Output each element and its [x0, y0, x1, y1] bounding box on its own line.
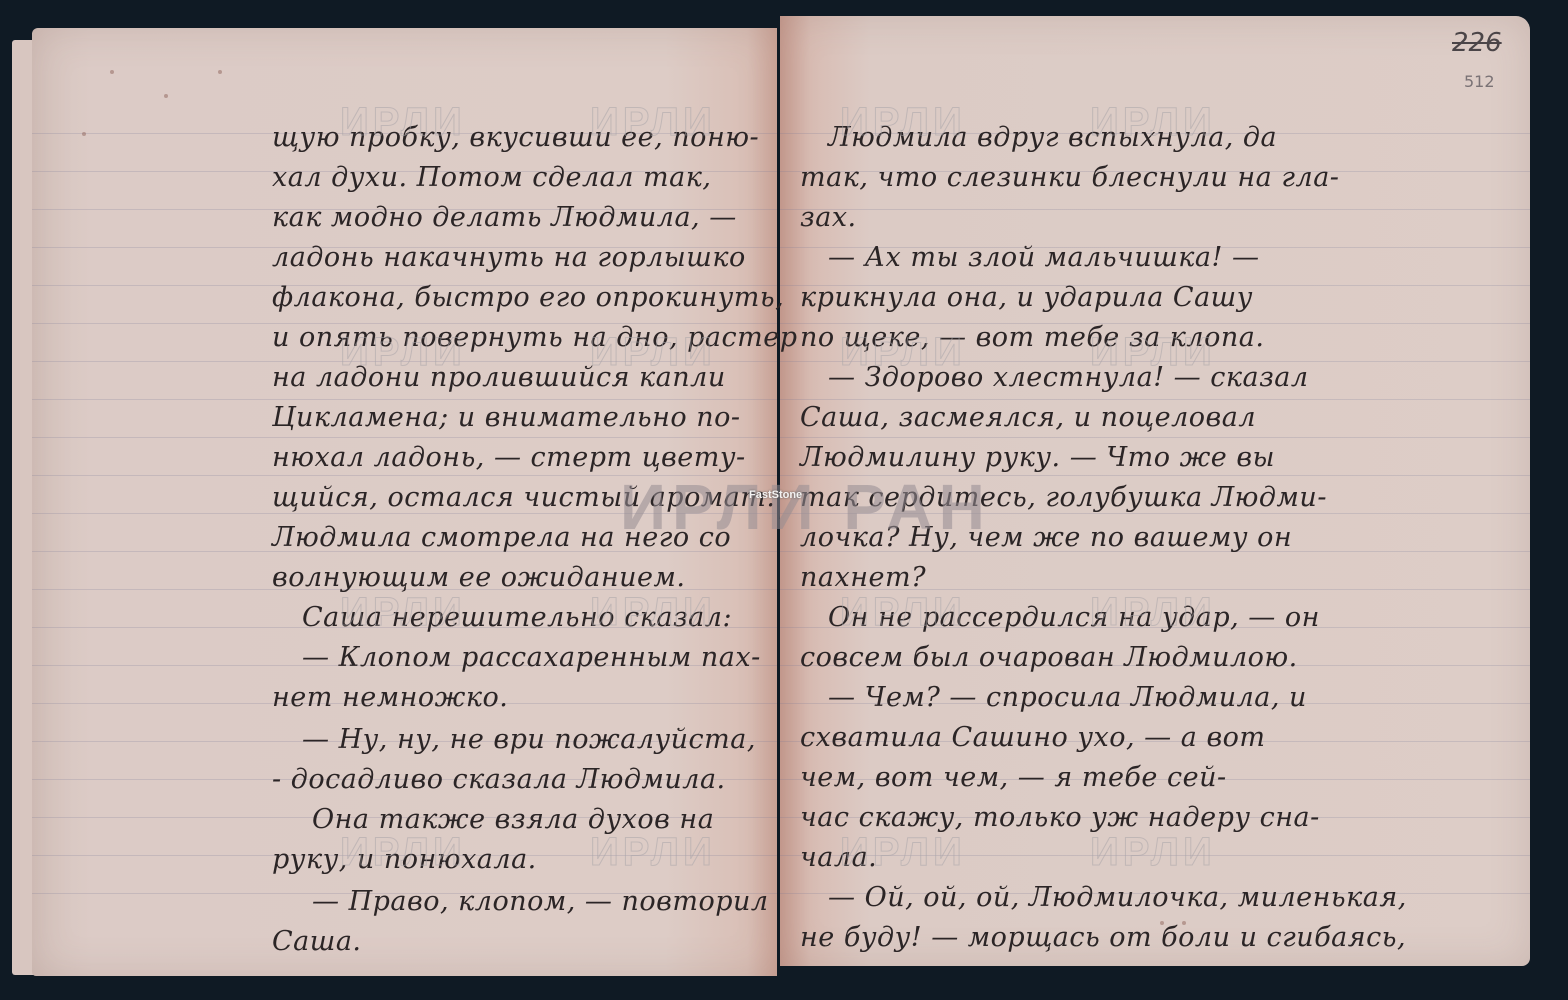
watermark-center: ИРЛИ РАН — [620, 470, 991, 544]
manuscript-line: совсем был очарован Людмилою. — [800, 642, 1298, 673]
watermark: ИРЛИ — [340, 590, 466, 635]
manuscript-line: пахнет? — [800, 562, 926, 593]
watermark: ИРЛИ — [590, 590, 716, 635]
watermark: ИРЛИ — [1090, 590, 1216, 635]
watermark: ИРЛИ — [340, 100, 466, 145]
watermark: ИРЛИ — [590, 830, 716, 875]
manuscript-line: флакона, быстро его опрокинуть, — [272, 282, 784, 313]
manuscript-line: — Ну, ну, не ври пожалуйста, — [302, 724, 756, 755]
manuscript-line: Саша. — [272, 926, 362, 957]
manuscript-line: — Ах ты злой мальчишка! — — [828, 242, 1259, 273]
manuscript-line: нет немножко. — [272, 682, 508, 713]
manuscript-line: ладонь накачнуть на горлышко — [272, 242, 746, 273]
watermark: ИРЛИ — [840, 590, 966, 635]
watermark: ИРЛИ — [1090, 830, 1216, 875]
manuscript-line: не буду! — морщась от боли и сгибаясь, — [800, 922, 1406, 953]
watermark: ИРЛИ — [840, 830, 966, 875]
manuscript-line: час скажу, только уж надеру сна- — [800, 802, 1320, 833]
manuscript-line: нюхал ладонь, — стерт цвету- — [272, 442, 746, 473]
manuscript-line: - досадливо сказала Людмила. — [272, 764, 726, 795]
watermark: ИРЛИ — [340, 830, 466, 875]
manuscript-line: — Право, клопом, — повторил — [312, 886, 769, 917]
manuscript-line: чем, вот чем, — я тебе сей- — [800, 762, 1227, 793]
manuscript-line: зах. — [800, 202, 857, 233]
watermark: ИРЛИ — [840, 330, 966, 375]
manuscript-line: — Ой, ой, ой, Людмилочка, миленькая, — [828, 882, 1407, 913]
watermark: ИРЛИ — [590, 330, 716, 375]
manuscript-line: — Чем? — спросила Людмила, и — [828, 682, 1307, 713]
watermark: ИРЛИ — [340, 330, 466, 375]
watermark: ИРЛИ — [840, 100, 966, 145]
watermark: ИРЛИ — [1090, 100, 1216, 145]
folio-number: 226 — [1452, 28, 1502, 58]
manuscript-line: — Клопом рассахаренным пах- — [302, 642, 761, 673]
manuscript-line: схватила Сашино ухо, — а вот — [800, 722, 1266, 753]
watermark: ИРЛИ — [1090, 330, 1216, 375]
manuscript-line: Людмилину руку. — Что же вы — [800, 442, 1275, 473]
manuscript-line: крикнула она, и ударила Сашу — [800, 282, 1253, 313]
manuscript-line: хал духи. Потом сделал так, — [272, 162, 711, 193]
manuscript-line: так, что слезинки блеснули на гла- — [800, 162, 1339, 193]
manuscript-line: Саша, засмеялся, и поцеловал — [800, 402, 1256, 433]
folio-subnumber: 512 — [1464, 72, 1495, 91]
faststone-label: FastStone — [749, 489, 802, 501]
manuscript-line: волнующим ее ожиданием. — [272, 562, 685, 593]
watermark: ИРЛИ — [590, 100, 716, 145]
manuscript-line: Цикламена; и внимательно по- — [272, 402, 740, 433]
manuscript-line: как модно делать Людмила, — — [272, 202, 737, 233]
